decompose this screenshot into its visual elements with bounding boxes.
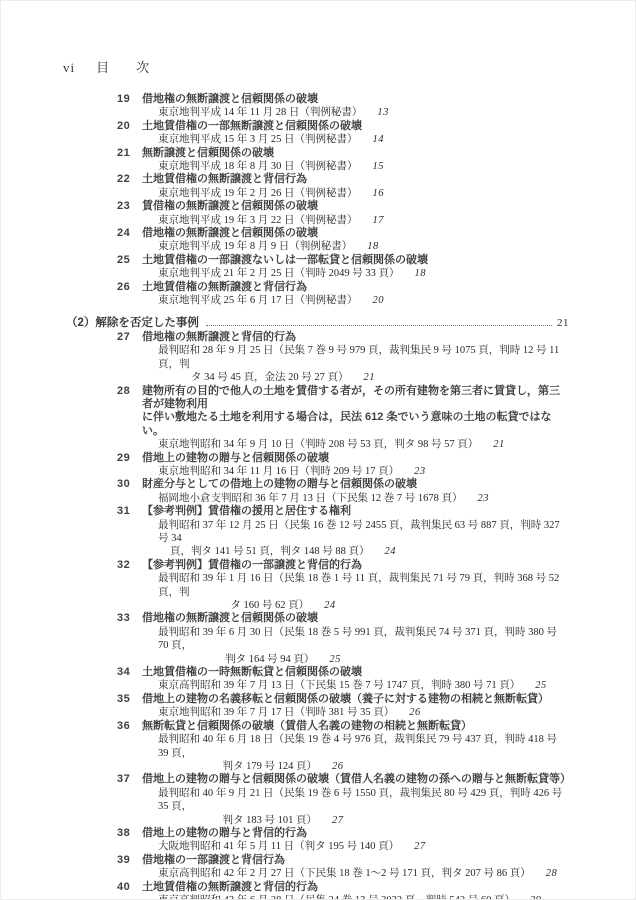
toc-entry: 36 無断転貸と信頼関係の破壊（賃借人名義の建物の相続と無断転貸） 最判昭和 4… xyxy=(1,720,569,774)
toc-entry: 24 借地権の無断譲渡と信頼関係の破壊 東京地判平成 19 年 8 月 9 日（… xyxy=(1,227,569,254)
entry-title: 土地賃借権の一部譲渡ないしは一部転貸と信頼関係の破壊 xyxy=(142,254,569,267)
toc-entry: 22 土地賃借権の無断譲渡と背信行為 東京地判平成 19 年 2 月 26 日（… xyxy=(1,173,569,200)
entry-number: 40 xyxy=(117,881,142,894)
entry-number: 29 xyxy=(117,452,142,465)
entry-head: 37 借地上の建物の贈与と信頼関係の破壊（賃借人名義の建物の孫への贈与と無断転貸… xyxy=(117,773,569,786)
entry-title: 財産分与としての借地上の建物の贈与と信頼関係の破壊 xyxy=(142,478,569,491)
citation-line: 頁，判タ 141 号 51 頁，判タ 148 号 88 頁）24 xyxy=(117,545,569,558)
entry-number: 35 xyxy=(117,693,142,706)
entry-page-number: 23 xyxy=(414,466,426,477)
entry-number: 32 xyxy=(117,559,142,572)
entry-citations: 福岡地小倉支判昭和 36 年 7 月 13 日（下民集 12 巻 7 号 167… xyxy=(117,492,569,505)
toc-list: 19 借地権の無断譲渡と信頼関係の破壊 東京地判平成 14 年 11 月 28 … xyxy=(1,93,569,900)
entry-head: 36 無断転貸と信頼関係の破壊（賃借人名義の建物の相続と無断転貸） xyxy=(117,720,569,733)
entry-number: 30 xyxy=(117,478,142,491)
entry-title: 借地権の無断譲渡と信頼関係の破壊 xyxy=(142,612,569,625)
entry-citations: 東京地判昭和 34 年 9 月 10 日（判時 208 号 53 頁，判タ 98… xyxy=(117,438,569,451)
citation-line: タ 160 号 62 頁）24 xyxy=(117,599,569,612)
citation-line: 東京地判平成 18 年 8 月 30 日（判例秘書）15 xyxy=(117,160,569,173)
toc-entry: 19 借地権の無断譲渡と信頼関係の破壊 東京地判平成 14 年 11 月 28 … xyxy=(1,93,569,120)
entry-number: 25 xyxy=(117,254,142,267)
entry-number: 34 xyxy=(117,666,142,679)
entry-title: 無断転貸と信頼関係の破壊（賃借人名義の建物の相続と無断転貸） xyxy=(142,720,569,733)
entry-page-number: 24 xyxy=(324,600,336,611)
citation-line: 東京地判平成 19 年 8 月 9 日（判例秘書）18 xyxy=(117,240,569,253)
entry-title: 借地上の建物の贈与と背信的行為 xyxy=(142,827,569,840)
entry-citations: 東京高判昭和 42 年 2 月 27 日（下民集 18 巻 1～2 号 171 … xyxy=(117,867,569,880)
entry-head: 19 借地権の無断譲渡と信頼関係の破壊 xyxy=(117,93,569,106)
toc-entry: 40 土地賃借権の無断譲渡と背信的行為 東京高判昭和 43 年 6 月 28 日… xyxy=(1,881,569,900)
entry-page-number: 25 xyxy=(535,680,547,691)
entry-number: 36 xyxy=(117,720,142,733)
entry-head: 25 土地賃借権の一部譲渡ないしは一部転貸と信頼関係の破壊 xyxy=(117,254,569,267)
citation-line: 東京地判昭和 34 年 9 月 10 日（判時 208 号 53 頁，判タ 98… xyxy=(117,438,569,451)
citation-line: 大阪地判昭和 41 年 5 月 11 日（判タ 195 号 140 頁）27 xyxy=(117,840,569,853)
running-head: vi 目 次 xyxy=(63,57,156,76)
entry-page-number: 29 xyxy=(530,895,542,900)
entry-citations: 東京地判平成 19 年 2 月 26 日（判例秘書）16 xyxy=(117,187,569,200)
toc-entry: 29 借地上の建物の贈与と信頼関係の破壊 東京地判昭和 34 年 11 月 16… xyxy=(1,452,569,479)
entry-title: 借地上の建物の贈与と信頼関係の破壊 xyxy=(142,452,569,465)
citation-line: 東京高判昭和 42 年 2 月 27 日（下民集 18 巻 1～2 号 171 … xyxy=(117,867,569,880)
entry-head: 40 土地賃借権の無断譲渡と背信的行為 xyxy=(117,881,569,894)
citation-line: 東京高判昭和 39 年 7 月 13 日（下民集 15 巻 7 号 1747 頁… xyxy=(117,679,569,692)
entry-citations: 東京地判昭和 39 年 7 月 17 日（判時 381 号 35 頁）26 xyxy=(117,706,569,719)
dotted-leader xyxy=(206,324,552,326)
entry-page-number: 26 xyxy=(332,761,344,772)
section-label: （2）解除を否定した事例 xyxy=(66,317,199,330)
entry-page-number: 26 xyxy=(409,707,421,718)
citation-line: 最判昭和 40 年 9 月 21 日（民集 19 巻 6 号 1550 頁，裁判… xyxy=(117,787,569,814)
entry-head: 20 土地賃借権の一部無断譲渡と信頼関係の破壊 xyxy=(117,120,569,133)
toc-entry: 34 土地賃借権の一時無断転貸と信頼関係の破壊 東京高判昭和 39 年 7 月 … xyxy=(1,666,569,693)
entry-title: 借地権の無断譲渡と信頼関係の破壊 xyxy=(142,93,569,106)
toc-entry: 33 借地権の無断譲渡と信頼関係の破壊 最判昭和 39 年 6 月 30 日（民… xyxy=(1,612,569,666)
citation-line: 東京地判昭和 39 年 7 月 17 日（判時 381 号 35 頁）26 xyxy=(117,706,569,719)
entry-head: 24 借地権の無断譲渡と信頼関係の破壊 xyxy=(117,227,569,240)
entry-citations: 最判昭和 39 年 1 月 16 日（民集 18 巻 1 号 11 頁，裁判集民… xyxy=(117,572,569,612)
citation-line: 東京地判平成 25 年 6 月 17 日（判例秘書）20 xyxy=(117,294,569,307)
entry-page-number: 13 xyxy=(377,107,389,118)
citation-line: 東京地判平成 15 年 3 月 25 日（判例秘書）14 xyxy=(117,133,569,146)
entry-head: 27 借地権の無断譲渡と背信的行為 xyxy=(117,331,569,344)
entry-title: 借地上の建物の名義移転と信頼関係の破壊（養子に対する建物の相続と無断転貸） xyxy=(142,693,569,706)
toc-entry: 37 借地上の建物の贈与と信頼関係の破壊（賃借人名義の建物の孫への贈与と無断転貸… xyxy=(1,773,569,827)
entry-title: 土地賃借権の無断譲渡と背信行為 xyxy=(142,173,569,186)
entry-page-number: 21 xyxy=(364,372,376,383)
citation-line: 最判昭和 39 年 1 月 16 日（民集 18 巻 1 号 11 頁，裁判集民… xyxy=(117,572,569,599)
entry-title: 借地上の建物の贈与と信頼関係の破壊（賃借人名義の建物の孫への贈与と無断転貸等） xyxy=(142,773,569,786)
entry-title: 賃借権の無断譲渡と信頼関係の破壊 xyxy=(142,200,569,213)
entry-citations: 東京高判昭和 43 年 6 月 28 日（民集 24 巻 13 号 2032 頁… xyxy=(117,894,569,900)
entry-head: 34 土地賃借権の一時無断転貸と信頼関係の破壊 xyxy=(117,666,569,679)
entry-page-number: 27 xyxy=(332,815,344,826)
entry-number: 28 xyxy=(117,385,142,398)
citation-line: 東京地判平成 14 年 11 月 28 日（判例秘書）13 xyxy=(117,106,569,119)
citation-line: 判タ 164 号 94 頁）25 xyxy=(117,653,569,666)
entry-number: 24 xyxy=(117,227,142,240)
entry-page-number: 14 xyxy=(373,134,385,145)
entry-page-number: 18 xyxy=(415,268,427,279)
entry-citations: 東京地判平成 15 年 3 月 25 日（判例秘書）14 xyxy=(117,133,569,146)
toc-entry: 23 賃借権の無断譲渡と信頼関係の破壊 東京地判平成 19 年 3 月 22 日… xyxy=(1,200,569,227)
entry-number: 38 xyxy=(117,827,142,840)
toc-entry: 25 土地賃借権の一部譲渡ないしは一部転貸と信頼関係の破壊 東京地判平成 21 … xyxy=(1,254,569,281)
entry-page-number: 18 xyxy=(367,241,379,252)
entry-citations: 最判昭和 37 年 12 月 25 日（民集 16 巻 12 号 2455 頁，… xyxy=(117,519,569,559)
entry-citations: 東京地判平成 21 年 2 月 25 日（判時 2049 号 33 頁）18 xyxy=(117,267,569,280)
entry-citations: 東京地判平成 19 年 8 月 9 日（判例秘書）18 xyxy=(117,240,569,253)
citation-line: 最判昭和 28 年 9 月 25 日（民集 7 巻 9 号 979 頁，裁判集民… xyxy=(117,344,569,371)
toc-entry: 30 財産分与としての借地上の建物の贈与と信頼関係の破壊 福岡地小倉支判昭和 3… xyxy=(1,478,569,505)
entry-citations: 東京地判平成 18 年 8 月 30 日（判例秘書）15 xyxy=(117,160,569,173)
entry-citations: 最判昭和 28 年 9 月 25 日（民集 7 巻 9 号 979 頁，裁判集民… xyxy=(117,344,569,384)
entry-citations: 東京地判平成 19 年 3 月 22 日（判例秘書）17 xyxy=(117,214,569,227)
citation-line: 東京地判平成 19 年 3 月 22 日（判例秘書）17 xyxy=(117,214,569,227)
entry-number: 39 xyxy=(117,854,142,867)
entry-page-number: 23 xyxy=(478,493,490,504)
entry-citations: 東京地判昭和 34 年 11 月 16 日（判時 209 号 17 頁）23 xyxy=(117,465,569,478)
entry-page-number: 25 xyxy=(329,654,341,665)
entry-title: 土地賃借権の一部無断譲渡と信頼関係の破壊 xyxy=(142,120,569,133)
citation-line: 判タ 179 号 124 頁）26 xyxy=(117,760,569,773)
citation-line: 東京高判昭和 43 年 6 月 28 日（民集 24 巻 13 号 2032 頁… xyxy=(117,894,569,900)
entry-title: 土地賃借権の一時無断転貸と信頼関係の破壊 xyxy=(142,666,569,679)
entry-citations: 東京地判平成 14 年 11 月 28 日（判例秘書）13 xyxy=(117,106,569,119)
citation-line: 東京地判平成 21 年 2 月 25 日（判時 2049 号 33 頁）18 xyxy=(117,267,569,280)
entry-head: 38 借地上の建物の贈与と背信的行為 xyxy=(117,827,569,840)
toc-entry: 28 建物所有の目的で他人の土地を賃借する者が，その所有建物を第三者に賃貸し，第… xyxy=(1,385,569,452)
section-page-number: 21 xyxy=(557,317,569,330)
entry-title: 土地賃借権の無断譲渡と背信的行為 xyxy=(142,881,569,894)
toc-page: vi 目 次 19 借地権の無断譲渡と信頼関係の破壊 東京地判平成 14 年 1… xyxy=(0,0,636,900)
entry-title: 土地賃借権の無断譲渡と背信行為 xyxy=(142,281,569,294)
entry-head: 31 【参考判例】賃借権の援用と居住する権利 xyxy=(117,505,569,518)
entry-number: 37 xyxy=(117,773,142,786)
entry-head: 33 借地権の無断譲渡と信頼関係の破壊 xyxy=(117,612,569,625)
toc-entry: 20 土地賃借権の一部無断譲渡と信頼関係の破壊 東京地判平成 15 年 3 月 … xyxy=(1,120,569,147)
entry-page-number: 16 xyxy=(373,188,385,199)
entry-page-number: 21 xyxy=(493,439,505,450)
toc-entry: 38 借地上の建物の贈与と背信的行為 大阪地判昭和 41 年 5 月 11 日（… xyxy=(1,827,569,854)
citation-line: 最判昭和 40 年 6 月 18 日（民集 19 巻 4 号 976 頁，裁判集… xyxy=(117,733,569,760)
entry-head: 22 土地賃借権の無断譲渡と背信行為 xyxy=(117,173,569,186)
entry-citations: 最判昭和 40 年 6 月 18 日（民集 19 巻 4 号 976 頁，裁判集… xyxy=(117,733,569,773)
entry-number: 21 xyxy=(117,147,142,160)
toc-entry: 27 借地権の無断譲渡と背信的行為 最判昭和 28 年 9 月 25 日（民集 … xyxy=(1,331,569,385)
entry-citations: 大阪地判昭和 41 年 5 月 11 日（判タ 195 号 140 頁）27 xyxy=(117,840,569,853)
entry-number: 27 xyxy=(117,331,142,344)
toc-entry: 32 【参考判例】賃借権の一部譲渡と背信的行為 最判昭和 39 年 1 月 16… xyxy=(1,559,569,613)
citation-line: 最判昭和 39 年 6 月 30 日（民集 18 巻 5 号 991 頁，裁判集… xyxy=(117,626,569,653)
page-title: 目 次 xyxy=(96,57,156,76)
citation-line: 東京地判平成 19 年 2 月 26 日（判例秘書）16 xyxy=(117,187,569,200)
entry-head: 21 無断譲渡と信頼関係の破壊 xyxy=(117,147,569,160)
entry-title: 借地権の一部譲渡と背信行為 xyxy=(142,854,569,867)
entry-head: 32 【参考判例】賃借権の一部譲渡と背信的行為 xyxy=(117,559,569,572)
entry-citations: 最判昭和 40 年 9 月 21 日（民集 19 巻 6 号 1550 頁，裁判… xyxy=(117,787,569,827)
toc-section-heading: （2）解除を否定した事例 21 xyxy=(1,317,569,330)
entry-head: 28 建物所有の目的で他人の土地を賃借する者が，その所有建物を第三者に賃貸し，第… xyxy=(117,385,569,439)
entry-number: 26 xyxy=(117,281,142,294)
entry-page-number: 27 xyxy=(414,841,426,852)
toc-entry: 39 借地権の一部譲渡と背信行為 東京高判昭和 42 年 2 月 27 日（下民… xyxy=(1,854,569,881)
entry-title: 【参考判例】賃借権の援用と居住する権利 xyxy=(142,505,569,518)
entry-number: 22 xyxy=(117,173,142,186)
entry-citations: 最判昭和 39 年 6 月 30 日（民集 18 巻 5 号 991 頁，裁判集… xyxy=(117,626,569,666)
entry-citations: 東京高判昭和 39 年 7 月 13 日（下民集 15 巻 7 号 1747 頁… xyxy=(117,679,569,692)
entry-head: 26 土地賃借権の無断譲渡と背信行為 xyxy=(117,281,569,294)
toc-entry: 31 【参考判例】賃借権の援用と居住する権利 最判昭和 37 年 12 月 25… xyxy=(1,505,569,559)
toc-entry: 26 土地賃借権の無断譲渡と背信行為 東京地判平成 25 年 6 月 17 日（… xyxy=(1,281,569,308)
citation-line: 東京地判昭和 34 年 11 月 16 日（判時 209 号 17 頁）23 xyxy=(117,465,569,478)
entry-number: 31 xyxy=(117,505,142,518)
entry-title: 【参考判例】賃借権の一部譲渡と背信的行為 xyxy=(142,559,569,572)
entry-head: 30 財産分与としての借地上の建物の贈与と信頼関係の破壊 xyxy=(117,478,569,491)
entry-title: 借地権の無断譲渡と背信的行為 xyxy=(142,331,569,344)
entry-head: 35 借地上の建物の名義移転と信頼関係の破壊（養子に対する建物の相続と無断転貸） xyxy=(117,693,569,706)
entry-page-number: 20 xyxy=(373,295,385,306)
page-folio: vi xyxy=(63,60,75,76)
citation-line: 判タ 183 号 101 頁）27 xyxy=(117,814,569,827)
citation-line: 福岡地小倉支判昭和 36 年 7 月 13 日（下民集 12 巻 7 号 167… xyxy=(117,492,569,505)
entry-head: 29 借地上の建物の贈与と信頼関係の破壊 xyxy=(117,452,569,465)
entry-page-number: 17 xyxy=(373,215,385,226)
toc-entry: 35 借地上の建物の名義移転と信頼関係の破壊（養子に対する建物の相続と無断転貸）… xyxy=(1,693,569,720)
citation-line: タ 34 号 45 頁，金法 20 号 27 頁）21 xyxy=(117,371,569,384)
entry-number: 33 xyxy=(117,612,142,625)
entry-page-number: 28 xyxy=(546,868,558,879)
toc-entry: 21 無断譲渡と信頼関係の破壊 東京地判平成 18 年 8 月 30 日（判例秘… xyxy=(1,147,569,174)
entry-head: 23 賃借権の無断譲渡と信頼関係の破壊 xyxy=(117,200,569,213)
entry-head: 39 借地権の一部譲渡と背信行為 xyxy=(117,854,569,867)
entry-title: 建物所有の目的で他人の土地を賃借する者が，その所有建物を第三者に賃貸し，第三者が… xyxy=(142,385,569,439)
entry-title: 借地権の無断譲渡と信頼関係の破壊 xyxy=(142,227,569,240)
entry-number: 23 xyxy=(117,200,142,213)
entry-title: 無断譲渡と信頼関係の破壊 xyxy=(142,147,569,160)
entry-number: 19 xyxy=(117,93,142,106)
citation-line: 最判昭和 37 年 12 月 25 日（民集 16 巻 12 号 2455 頁，… xyxy=(117,519,569,546)
entry-page-number: 24 xyxy=(385,546,397,557)
entry-number: 20 xyxy=(117,120,142,133)
entry-page-number: 15 xyxy=(373,161,385,172)
entry-citations: 東京地判平成 25 年 6 月 17 日（判例秘書）20 xyxy=(117,294,569,307)
